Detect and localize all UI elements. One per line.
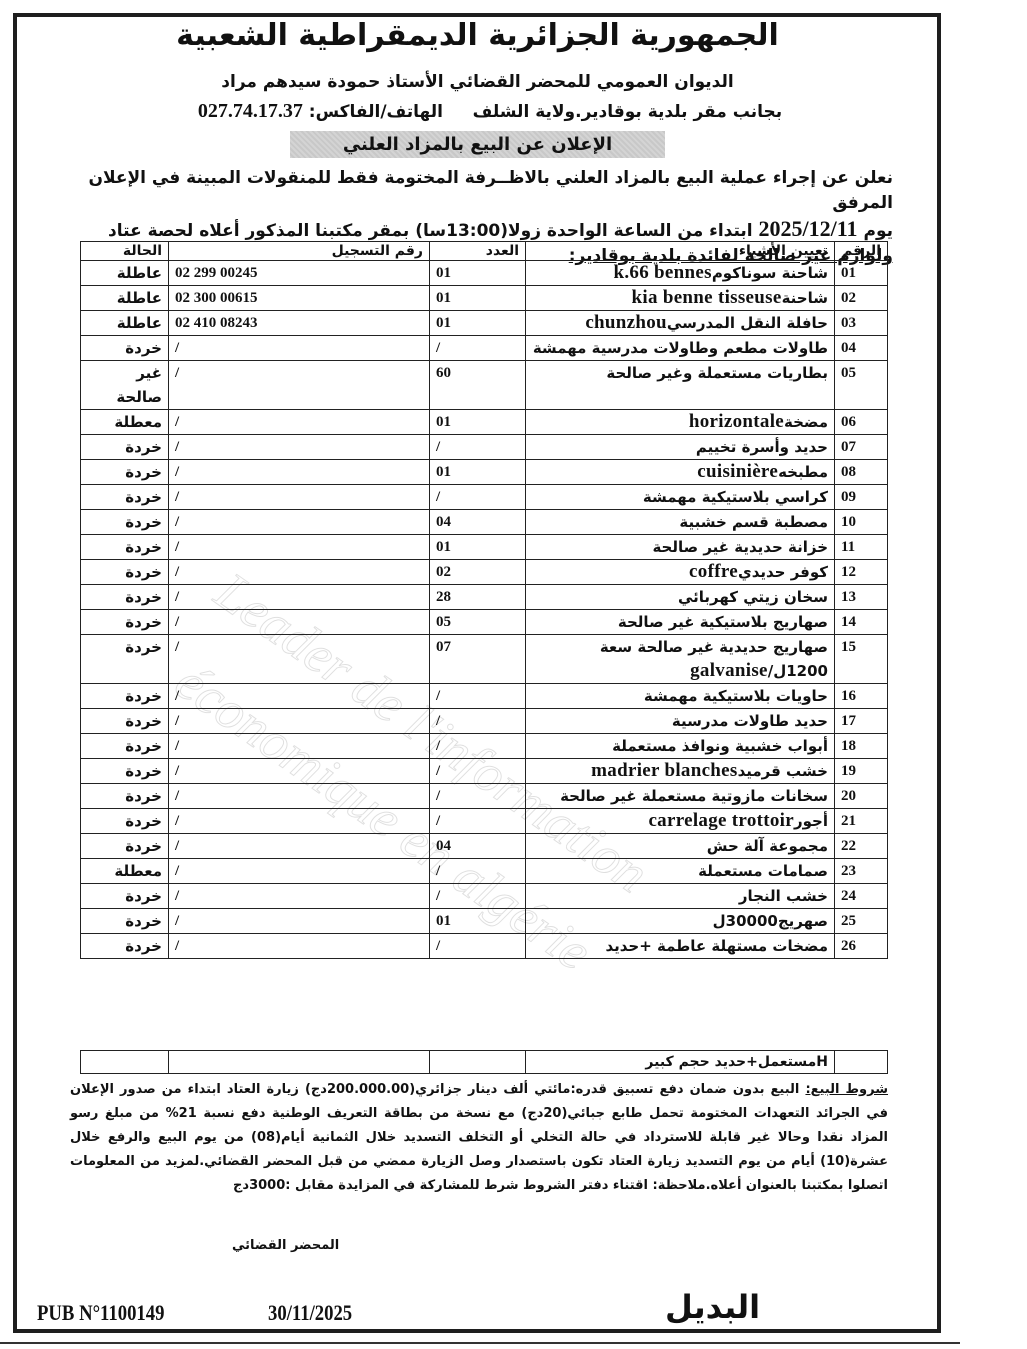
table-row: 10مصطبة قسم خشبية04/خردة: [81, 510, 888, 535]
row-num: 04: [835, 336, 888, 361]
row-desc: مصطبة قسم خشبية: [526, 510, 835, 535]
row-num: 01: [835, 261, 888, 286]
extra-cell-qty: [430, 1051, 526, 1074]
row-num: 10: [835, 510, 888, 535]
row-state: خردة: [81, 734, 169, 759]
row-num: 21: [835, 809, 888, 834]
desc-arabic: حاويات بلاستيكية مهمشة: [644, 687, 828, 705]
table-row: 07حديد وأسرة تخييم//خردة: [81, 435, 888, 460]
row-state: خردة: [81, 709, 169, 734]
desc-latin: kia benne tisseuse: [632, 287, 782, 308]
phone-label: الهاتف/الفاكس:: [309, 102, 443, 122]
desc-latin: horizontale: [689, 411, 784, 432]
header-qty: العدد: [430, 242, 526, 261]
row-state: خردة: [81, 485, 169, 510]
table-row: 19خشب قرميدmadrier blanches//خردة: [81, 759, 888, 784]
table-row: 01شاحنة سوناكومk.66 bennes0100245 299 02…: [81, 261, 888, 286]
row-desc: مضخات مستهلة عاطمة +حديد: [526, 934, 835, 959]
desc-arabic: صمامات مستعملة: [698, 862, 828, 880]
row-qty: 05: [430, 610, 526, 635]
row-qty: /: [430, 684, 526, 709]
table-body: 01شاحنة سوناكومk.66 bennes0100245 299 02…: [81, 261, 888, 959]
row-desc: صهريج30000ل: [526, 909, 835, 934]
row-num: 23: [835, 859, 888, 884]
table-row: 13سخان زيتي كهربائي28/خردة: [81, 585, 888, 610]
row-reg: 08243 410 02: [169, 311, 430, 336]
row-qty: 01: [430, 909, 526, 934]
desc-latin: chunzhou: [585, 312, 667, 333]
row-reg: /: [169, 684, 430, 709]
row-qty: /: [430, 759, 526, 784]
desc-arabic: سخانات مازوتية مستعملة غير صالحة: [560, 787, 828, 805]
row-qty: /: [430, 435, 526, 460]
row-state: خردة: [81, 336, 169, 361]
intro-line-2: يوم 2025/12/11 ابتداء من الساعة الواحدة …: [85, 216, 893, 244]
table-row: 15صهاريج حديدية غير صالحة سعة 1200ل/galv…: [81, 635, 888, 684]
desc-arabic: شاحنة سوناكوم: [712, 264, 828, 282]
desc-latin: carrelage trottoir: [648, 810, 794, 831]
desc-arabic: خشب قرميد: [738, 762, 828, 780]
row-num: 08: [835, 460, 888, 485]
row-state: خردة: [81, 585, 169, 610]
auction-date: 2025/12/11: [759, 216, 858, 241]
row-reg: /: [169, 734, 430, 759]
extra-cell-state: [81, 1051, 169, 1074]
row-desc: أبواب خشبية ونوافذ مستعملة: [526, 734, 835, 759]
table-row: 17حديد طاولات مدرسية//خردة: [81, 709, 888, 734]
row-num: 06: [835, 410, 888, 435]
row-reg: /: [169, 859, 430, 884]
row-qty: /: [430, 859, 526, 884]
row-desc: مطبخهcuisinière: [526, 460, 835, 485]
desc-arabic: حافلة النقل المدرسي: [667, 314, 828, 332]
bottom-rule: [0, 1342, 960, 1344]
row-desc: حديد طاولات مدرسية: [526, 709, 835, 734]
row-state: عاطلة: [81, 261, 169, 286]
row-state: خردة: [81, 535, 169, 560]
desc-latin: coffre: [689, 561, 738, 582]
row-desc: مضخةhorizontale: [526, 410, 835, 435]
desc-latin: galvanise: [690, 660, 768, 681]
row-desc: خشب قرميدmadrier blanches: [526, 759, 835, 784]
desc-arabic: كراسي بلاستيكية مهمشة: [643, 488, 828, 506]
row-num: 14: [835, 610, 888, 635]
desc-arabic: صهاريج بلاستيكية غير صالحة: [618, 613, 828, 631]
table-row: 04طاولات مطعم وطاولات مدرسية مهمشة//خردة: [81, 336, 888, 361]
row-num: 09: [835, 485, 888, 510]
desc-latin: madrier blanches: [591, 760, 737, 781]
table-row: 18أبواب خشبية ونوافذ مستعملة//خردة: [81, 734, 888, 759]
row-num: 20: [835, 784, 888, 809]
row-qty: /: [430, 934, 526, 959]
desc-arabic: كوفر حديدي: [738, 563, 828, 581]
row-reg: 00245 299 02: [169, 261, 430, 286]
row-desc: طاولات مطعم وطاولات مدرسية مهمشة: [526, 336, 835, 361]
table-row: 02شاحنةkia benne tisseuse0100615 300 02ع…: [81, 286, 888, 311]
desc-arabic: مصطبة قسم خشبية: [679, 513, 828, 531]
row-state: خردة: [81, 560, 169, 585]
office-name: الديوان العمومي للمحضر القضائي الأستاذ ح…: [0, 72, 955, 92]
table-row: 08مطبخهcuisinière01/خردة: [81, 460, 888, 485]
desc-latin: k.66 bennes: [613, 262, 711, 283]
row-desc: صمامات مستعملة: [526, 859, 835, 884]
desc-arabic: بطاريات مستعملة وغير صالحة: [606, 364, 828, 382]
row-state: خردة: [81, 460, 169, 485]
row-reg: /: [169, 361, 430, 410]
desc-arabic: مطبخه: [778, 463, 828, 481]
row-desc: سخان زيتي كهربائي: [526, 585, 835, 610]
row-reg: /: [169, 610, 430, 635]
row-qty: /: [430, 336, 526, 361]
row-reg: /: [169, 460, 430, 485]
row-qty: 01: [430, 261, 526, 286]
row-state: خردة: [81, 884, 169, 909]
row-state: خردة: [81, 834, 169, 859]
conditions-label: شروط البيع:: [805, 1082, 888, 1097]
table-row: 11خزانة حديدية غير صالحة01/خردة: [81, 535, 888, 560]
row-num: 03: [835, 311, 888, 336]
items-table: الرقم تعيين الأشياء العدد رقم التسجيل ال…: [80, 241, 888, 959]
table-row: 06مضخةhorizontale01/معطلة: [81, 410, 888, 435]
desc-arabic: أبواب خشبية ونوافذ مستعملة: [612, 737, 828, 755]
extra-row-table: Hمستعمل+حديد حجم كبير: [80, 1050, 888, 1074]
row-state: خردة: [81, 510, 169, 535]
row-qty: 01: [430, 311, 526, 336]
row-reg: /: [169, 336, 430, 361]
address-text: بجانب مقر بلدية بوقادير.ولاية الشلف: [473, 102, 783, 122]
row-desc: شاحنة سوناكومk.66 bennes: [526, 261, 835, 286]
table-row: 14صهاريج بلاستيكية غير صالحة05/خردة: [81, 610, 888, 635]
row-qty: 07: [430, 635, 526, 684]
row-num: 19: [835, 759, 888, 784]
row-reg: /: [169, 759, 430, 784]
intro-day-label: يوم: [863, 221, 893, 241]
row-qty: 01: [430, 410, 526, 435]
row-qty: /: [430, 809, 526, 834]
table-row: 09كراسي بلاستيكية مهمشة//خردة: [81, 485, 888, 510]
row-reg: /: [169, 585, 430, 610]
table-row: 24خشب النجار//خردة: [81, 884, 888, 909]
desc-arabic: حديد طاولات مدرسية: [672, 712, 828, 730]
row-desc: سخانات مازوتية مستعملة غير صالحة: [526, 784, 835, 809]
announcement-banner: الإعلان عن البيع بالمزاد العلني: [290, 131, 665, 158]
table-row: 20سخانات مازوتية مستعملة غير صالحة//خردة: [81, 784, 888, 809]
row-state: خردة: [81, 934, 169, 959]
row-desc: خشب النجار: [526, 884, 835, 909]
row-reg: /: [169, 435, 430, 460]
table-header-row: الرقم تعيين الأشياء العدد رقم التسجيل ال…: [81, 242, 888, 261]
row-state: خردة: [81, 784, 169, 809]
row-reg: /: [169, 784, 430, 809]
table-row: 25صهريج30000ل01/خردة: [81, 909, 888, 934]
row-state: معطلة: [81, 410, 169, 435]
row-num: 11: [835, 535, 888, 560]
extra-cell-desc: Hمستعمل+حديد حجم كبير: [526, 1051, 835, 1074]
row-state: خردة: [81, 684, 169, 709]
row-state: خردة: [81, 610, 169, 635]
row-qty: 02: [430, 560, 526, 585]
row-num: 18: [835, 734, 888, 759]
row-qty: 01: [430, 460, 526, 485]
row-num: 24: [835, 884, 888, 909]
row-state: غير صالحة: [81, 361, 169, 410]
row-qty: 04: [430, 510, 526, 535]
row-num: 02: [835, 286, 888, 311]
row-qty: 01: [430, 535, 526, 560]
row-reg: /: [169, 934, 430, 959]
row-qty: /: [430, 734, 526, 759]
row-desc: مجموعة آلة حش: [526, 834, 835, 859]
row-desc: حاويات بلاستيكية مهمشة: [526, 684, 835, 709]
desc-arabic: مضخة: [784, 413, 828, 431]
row-state: خردة: [81, 635, 169, 684]
table-row: 03حافلة النقل المدرسيchunzhou0108243 410…: [81, 311, 888, 336]
country-title: الجمهورية الجزائرية الديمقراطية الشعبية: [0, 18, 955, 53]
conditions-text: البيع بدون ضمان دفع تسبيق قدره:مائتي ألف…: [70, 1082, 888, 1193]
row-reg: /: [169, 909, 430, 934]
row-num: 26: [835, 934, 888, 959]
desc-arabic: مجموعة آلة حش: [707, 837, 828, 855]
row-num: 22: [835, 834, 888, 859]
table-row: 12كوفر حديديcoffre02/خردة: [81, 560, 888, 585]
row-desc: حافلة النقل المدرسيchunzhou: [526, 311, 835, 336]
row-num: 13: [835, 585, 888, 610]
table-row: 23صمامات مستعملة//معطلة: [81, 859, 888, 884]
row-state: عاطلة: [81, 311, 169, 336]
row-num: 17: [835, 709, 888, 734]
row-qty: 60: [430, 361, 526, 410]
row-qty: 01: [430, 286, 526, 311]
table-row: 21أجورcarrelage trottoir//خردة: [81, 809, 888, 834]
desc-arabic: مضخات مستهلة عاطمة +حديد: [605, 937, 828, 955]
signature: المحضر القضائي: [232, 1238, 339, 1253]
row-reg: /: [169, 709, 430, 734]
row-qty: /: [430, 709, 526, 734]
table-row: 16حاويات بلاستيكية مهمشة//خردة: [81, 684, 888, 709]
office-address: بجانب مقر بلدية بوقادير.ولاية الشلف الها…: [150, 100, 830, 123]
desc-arabic: أجور: [794, 812, 828, 830]
phone-number: 027.74.17.37: [198, 100, 303, 122]
row-reg: /: [169, 560, 430, 585]
row-desc: بطاريات مستعملة وغير صالحة: [526, 361, 835, 410]
row-reg: /: [169, 809, 430, 834]
row-reg: /: [169, 410, 430, 435]
row-num: 15: [835, 635, 888, 684]
header-state: الحالة: [81, 242, 169, 261]
row-desc: أجورcarrelage trottoir: [526, 809, 835, 834]
row-state: خردة: [81, 809, 169, 834]
extra-row: Hمستعمل+حديد حجم كبير: [81, 1051, 888, 1074]
row-desc: كوفر حديديcoffre: [526, 560, 835, 585]
row-qty: 04: [430, 834, 526, 859]
row-desc: شاحنةkia benne tisseuse: [526, 286, 835, 311]
sale-conditions: شروط البيع: البيع بدون ضمان دفع تسبيق قد…: [70, 1078, 888, 1198]
row-desc: خزانة حديدية غير صالحة: [526, 535, 835, 560]
row-reg: /: [169, 510, 430, 535]
row-desc: صهاريج حديدية غير صالحة سعة 1200ل/galvan…: [526, 635, 835, 684]
row-state: معطلة: [81, 859, 169, 884]
row-reg: /: [169, 884, 430, 909]
table-row: 26مضخات مستهلة عاطمة +حديد//خردة: [81, 934, 888, 959]
row-state: خردة: [81, 759, 169, 784]
row-reg: 00615 300 02: [169, 286, 430, 311]
row-num: 05: [835, 361, 888, 410]
desc-arabic: خشب النجار: [739, 887, 828, 905]
row-desc: كراسي بلاستيكية مهمشة: [526, 485, 835, 510]
row-qty: /: [430, 884, 526, 909]
row-reg: /: [169, 535, 430, 560]
row-state: عاطلة: [81, 286, 169, 311]
row-num: 16: [835, 684, 888, 709]
table-row: 22مجموعة آلة حش04/خردة: [81, 834, 888, 859]
row-reg: /: [169, 834, 430, 859]
intro-line-2-text: ابتداء من الساعة الواحدة زولا(13:00سا) ب…: [108, 221, 753, 241]
desc-arabic: سخان زيتي كهربائي: [678, 588, 828, 606]
publication-date: 30/11/2025: [268, 1300, 352, 1326]
row-desc: حديد وأسرة تخييم: [526, 435, 835, 460]
desc-arabic: شاحنة: [782, 289, 828, 307]
desc-arabic: حديد وأسرة تخييم: [696, 438, 828, 456]
desc-latin: cuisinière: [697, 461, 778, 482]
row-reg: /: [169, 485, 430, 510]
row-qty: 28: [430, 585, 526, 610]
newspaper-name: البديل: [665, 1288, 760, 1326]
row-state: خردة: [81, 909, 169, 934]
desc-arabic: طاولات مطعم وطاولات مدرسية مهمشة: [533, 339, 828, 357]
row-num: 07: [835, 435, 888, 460]
extra-cell-reg: [169, 1051, 430, 1074]
row-reg: /: [169, 635, 430, 684]
header-num: الرقم: [835, 242, 888, 261]
header-reg: رقم التسجيل: [169, 242, 430, 261]
row-qty: /: [430, 485, 526, 510]
extra-cell-num: [835, 1051, 888, 1074]
row-desc: صهاريج بلاستيكية غير صالحة: [526, 610, 835, 635]
row-num: 12: [835, 560, 888, 585]
desc-arabic: صهريج30000ل: [713, 912, 828, 930]
pub-number: PUB N°1100149: [37, 1300, 164, 1326]
desc-arabic: خزانة حديدية غير صالحة: [652, 538, 828, 556]
table-row: 05بطاريات مستعملة وغير صالحة60/غير صالحة: [81, 361, 888, 410]
row-state: خردة: [81, 435, 169, 460]
row-qty: /: [430, 784, 526, 809]
intro-line-1: نعلن عن إجراء عملية البيع بالمزاد العلني…: [85, 166, 893, 216]
header-desc: تعيين الأشياء: [526, 242, 835, 261]
row-num: 25: [835, 909, 888, 934]
